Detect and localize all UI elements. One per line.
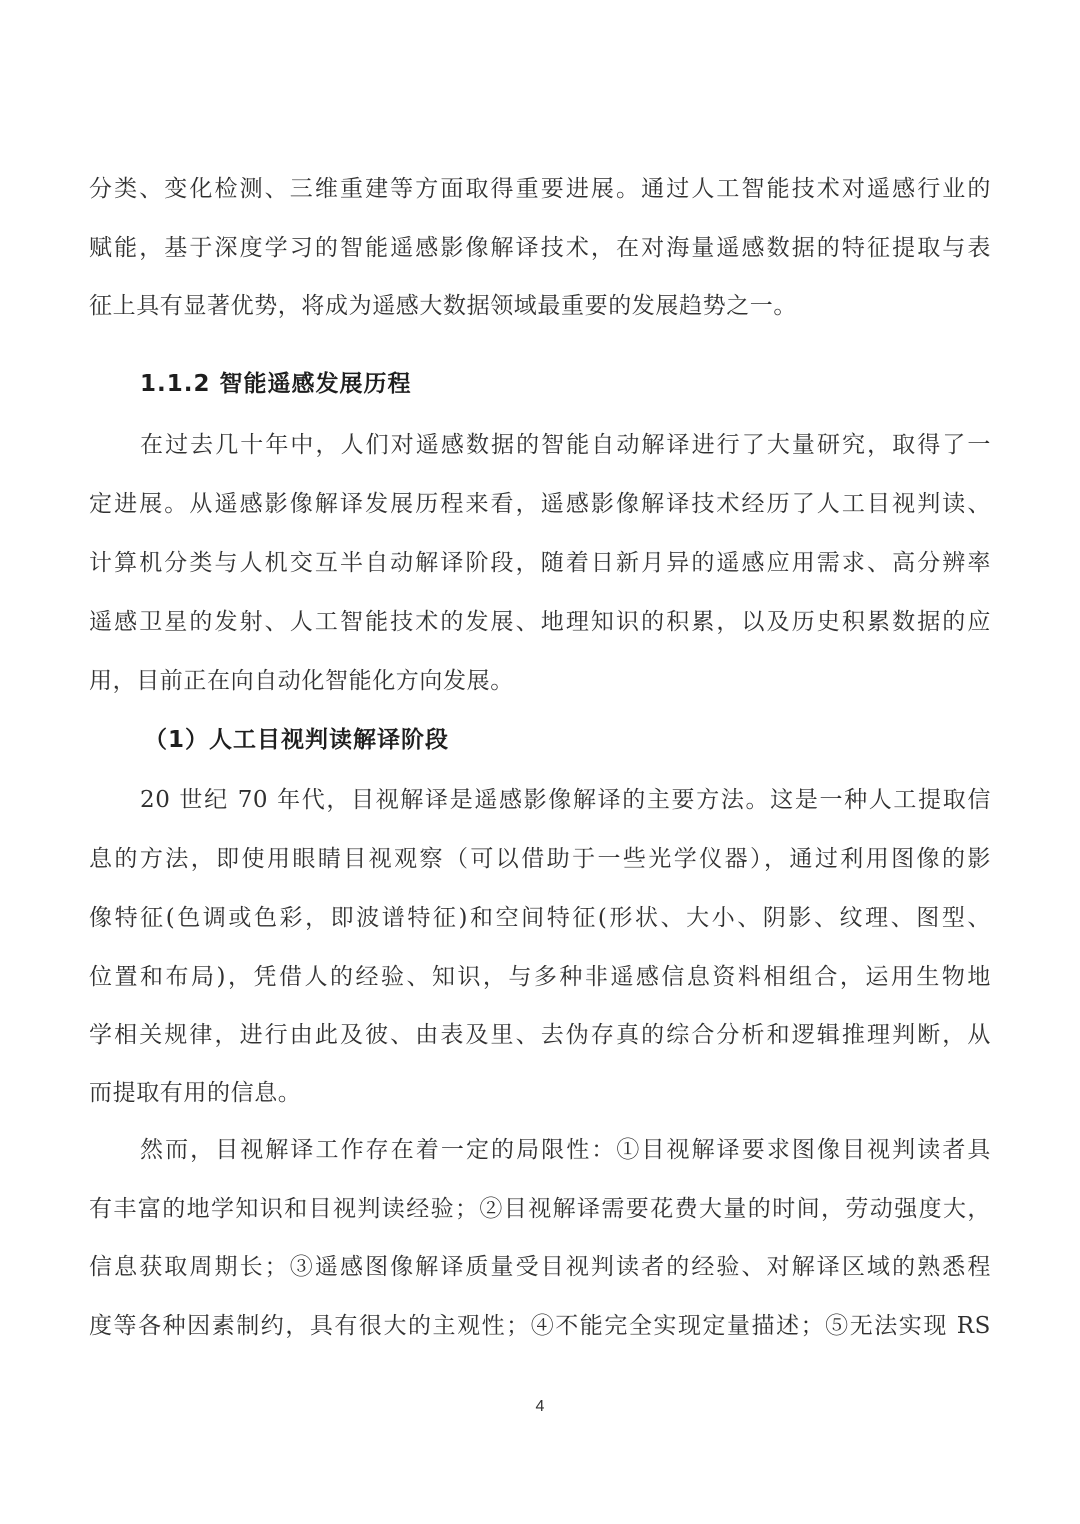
document-page: 分类、变化检测、三维重建等方面取得重要进展。通过人工智能技术对遥感行业的 赋能，… [0,0,1080,1524]
paragraph-line: 征上具有显著优势，将成为遥感大数据领域最重要的发展趋势之一。 [89,286,991,326]
paragraph-line: 信息获取周期长；③遥感图像解译质量受目视判读者的经验、对解译区域的熟悉程 [89,1247,991,1287]
section-heading: 1.1.2 智能遥感发展历程 [140,364,412,404]
paragraph-line: 而提取有用的信息。 [89,1073,991,1113]
paragraph-line: 位置和布局)，凭借人的经验、知识，与多种非遥感信息资料相组合，运用生物地 [89,957,991,997]
paragraph-line: 分类、变化检测、三维重建等方面取得重要进展。通过人工智能技术对遥感行业的 [89,169,991,209]
paragraph-line: 遥感卫星的发射、人工智能技术的发展、地理知识的积累，以及历史积累数据的应 [89,602,991,642]
paragraph-line: 学相关规律，进行由此及彼、由表及里、去伪存真的综合分析和逻辑推理判断，从 [89,1015,991,1055]
paragraph-line: 定进展。从遥感影像解译发展历程来看，遥感影像解译技术经历了人工目视判读、 [89,484,991,524]
paragraph-line: 度等各种因素制约，具有很大的主观性；④不能完全实现定量描述；⑤无法实现 RS [89,1306,991,1346]
subsection-heading: （1）人工目视判读解译阶段 [144,720,449,760]
paragraph-line: 计算机分类与人机交互半自动解译阶段，随着日新月异的遥感应用需求、高分辨率 [89,543,991,583]
paragraph-line: 然而，目视解译工作存在着一定的局限性：①目视解译要求图像目视判读者具 [140,1130,991,1170]
paragraph-line: 20 世纪 70 年代，目视解译是遥感影像解译的主要方法。这是一种人工提取信 [140,780,991,820]
paragraph-line: 有丰富的地学知识和目视判读经验；②目视解译需要花费大量的时间，劳动强度大， [89,1189,991,1229]
paragraph-line: 息的方法，即使用眼睛目视观察（可以借助于一些光学仪器），通过利用图像的影 [89,839,991,879]
paragraph-line: 用，目前正在向自动化智能化方向发展。 [89,661,991,701]
paragraph-line: 像特征(色调或色彩，即波谱特征)和空间特征(形状、大小、阴影、纹理、图型、 [89,898,991,938]
paragraph-line: 赋能，基于深度学习的智能遥感影像解译技术，在对海量遥感数据的特征提取与表 [89,228,991,268]
page-number: 4 [520,1398,560,1416]
paragraph-line: 在过去几十年中，人们对遥感数据的智能自动解译进行了大量研究，取得了一 [140,425,991,465]
